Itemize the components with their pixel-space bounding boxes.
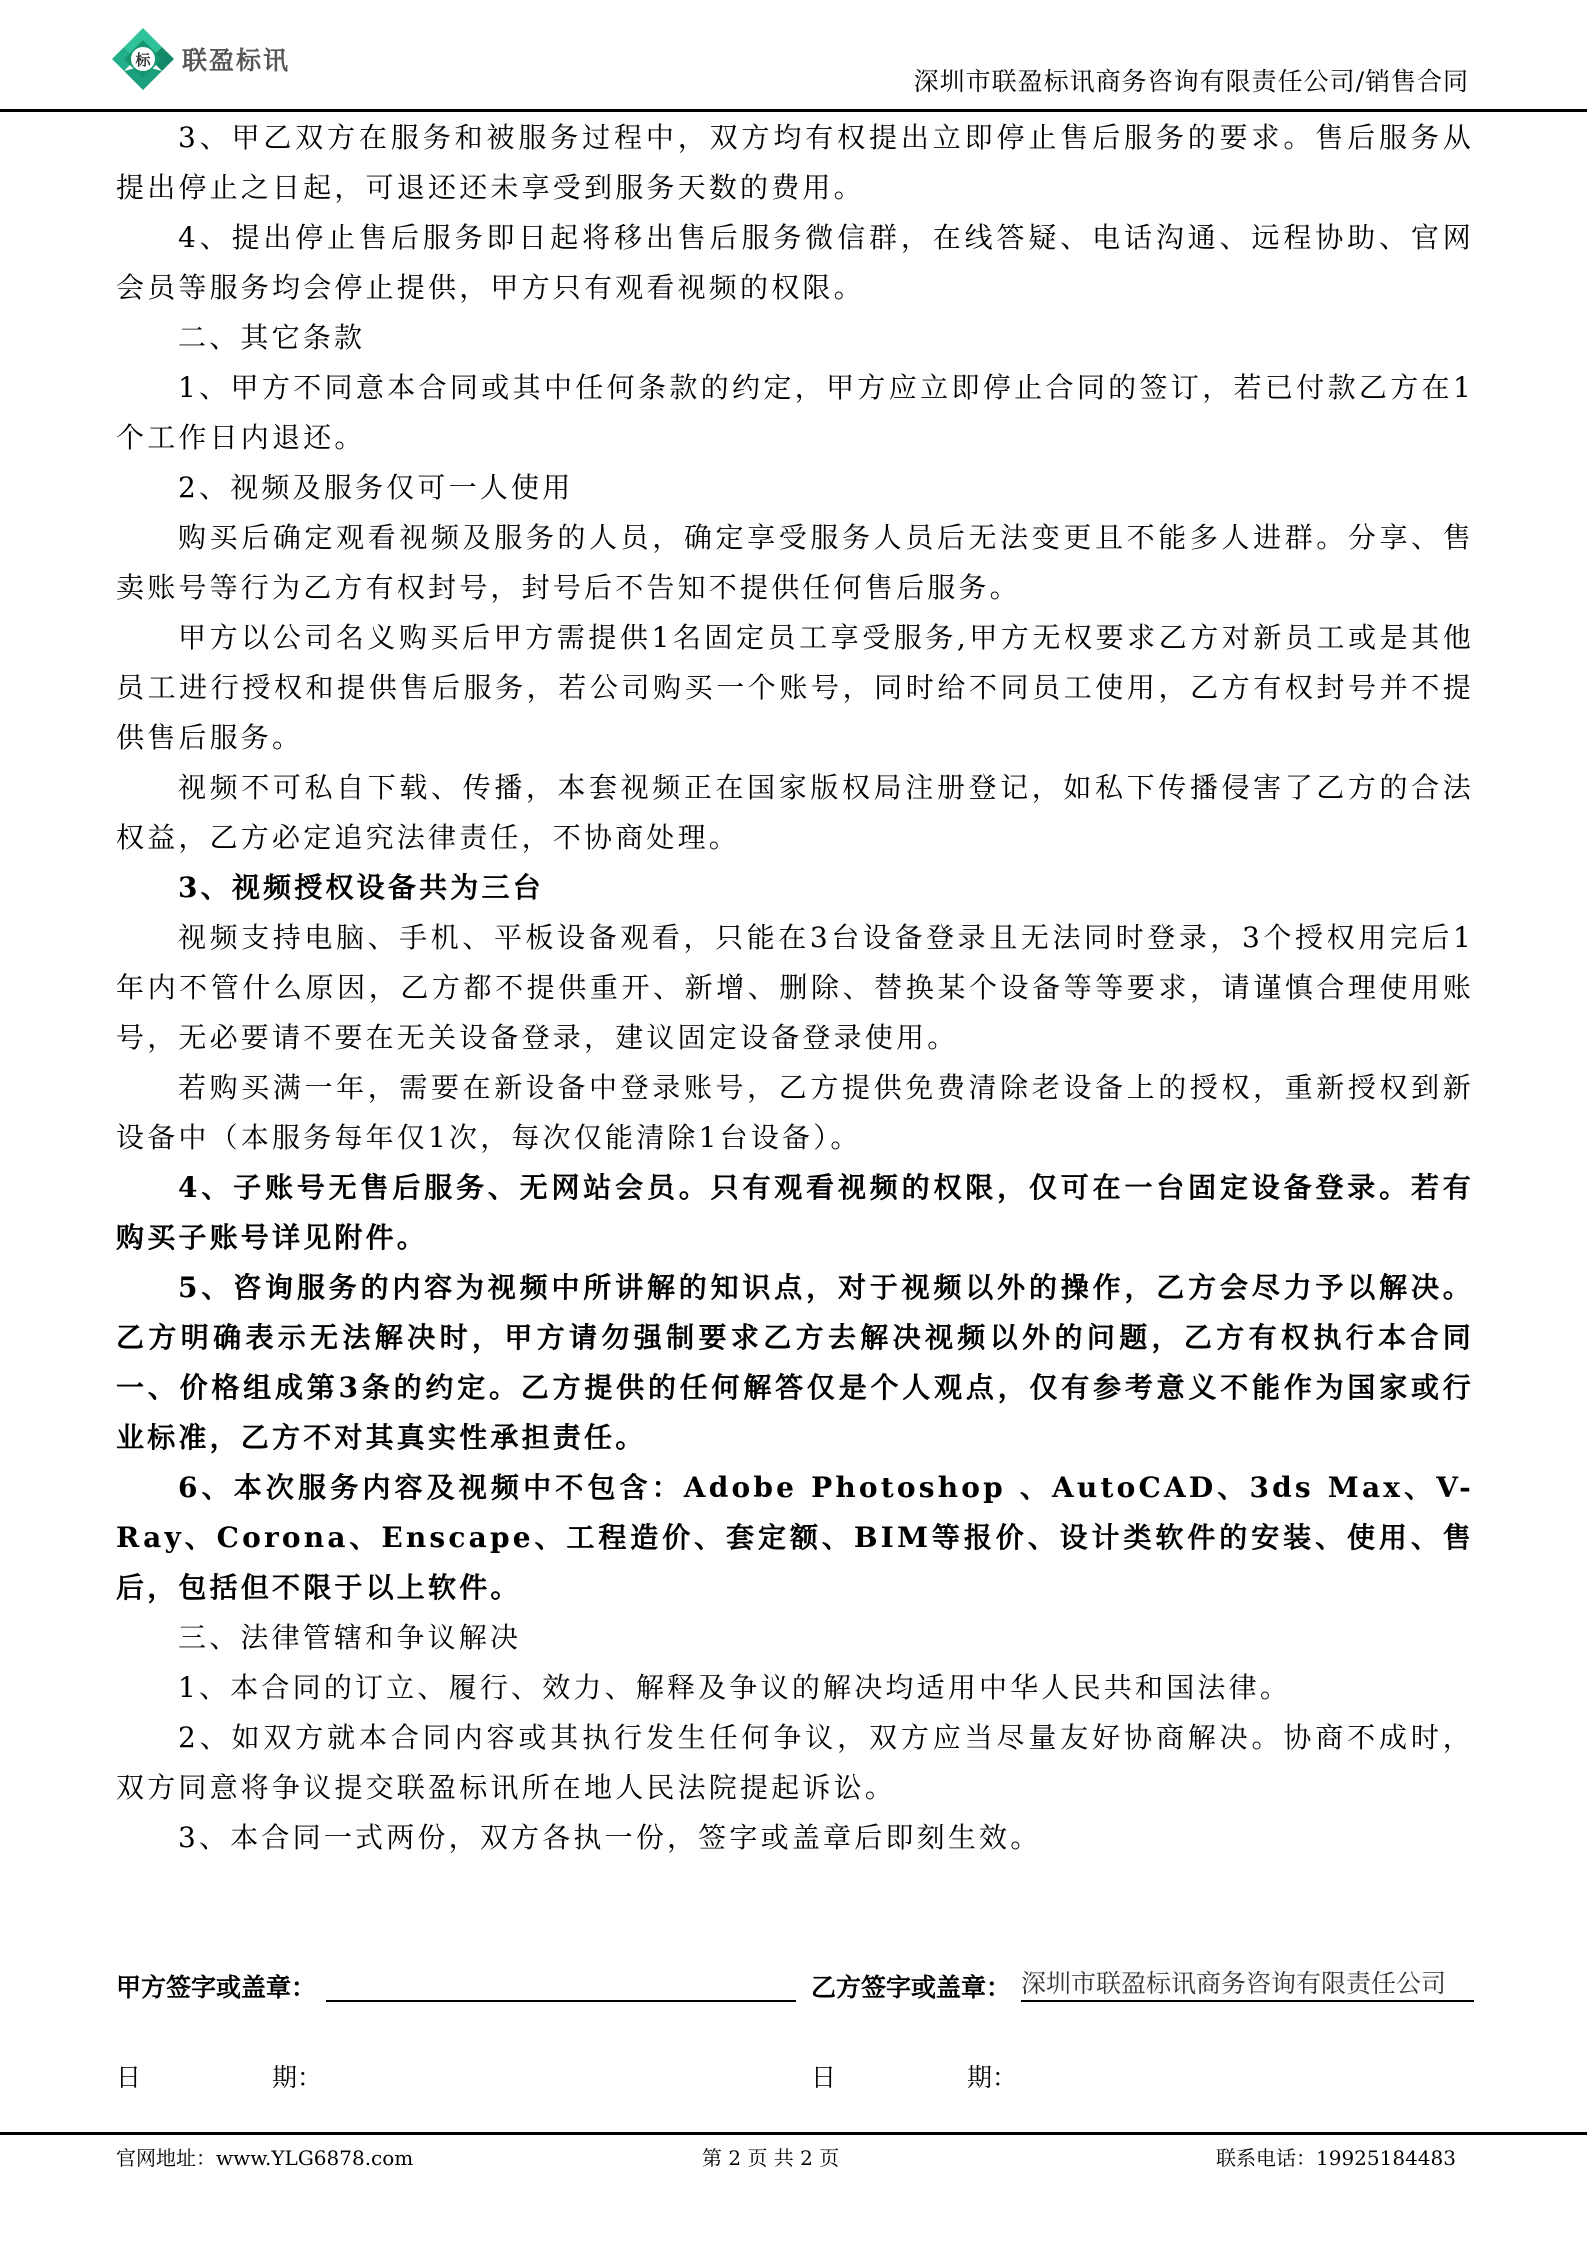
footer-phone: 联系电话：19925184483 [1216, 2142, 1456, 2171]
contract-body: 3、甲乙双方在服务和被服务过程中，双方均有权提出立即停止售后服务的要求。售后服务… [116, 113, 1474, 1863]
logo-text: 联盈标讯 [182, 41, 290, 77]
signature-row: 甲方签字或盖章： 乙方签字或盖章： 深圳市联盈标讯商务咨询有限责任公司 [116, 1968, 1474, 2028]
document-header-title: 深圳市联盈标讯商务咨询有限责任公司/销售合同 [914, 62, 1469, 98]
party-a-date-label: 日 [116, 2058, 141, 2094]
party-b-signature-label: 乙方签字或盖章： [811, 1968, 1011, 2004]
party-a-date-label-2: 期： [272, 2058, 322, 2094]
clause-paragraph: 2、如双方就本合同内容或其执行发生任何争议，双方应当尽量友好协商解决。协商不成时… [116, 1713, 1474, 1813]
section-heading: 二、其它条款 [116, 313, 1474, 363]
svg-text:标: 标 [134, 51, 151, 69]
clause-paragraph: 5、咨询服务的内容为视频中所讲解的知识点，对于视频以外的操作，乙方会尽力予以解决… [116, 1263, 1474, 1463]
clause-paragraph: 6、本次服务内容及视频中不包含：Adobe Photoshop 、AutoCAD… [116, 1463, 1474, 1613]
date-row: 日 期： 日 期： [116, 2058, 1474, 2108]
clause-paragraph: 1、甲方不同意本合同或其中任何条款的约定，甲方应立即停止合同的签订，若已付款乙方… [116, 363, 1474, 463]
footer-divider [0, 2132, 1587, 2135]
party-a-signature-label: 甲方签字或盖章： [116, 1968, 316, 2004]
footer-website: 官网地址：www.YLG6878.com [116, 2142, 413, 2171]
clause-heading: 2、视频及服务仅可一人使用 [116, 463, 1474, 513]
clause-paragraph: 3、本合同一式两份，双方各执一份，签字或盖章后即刻生效。 [116, 1813, 1474, 1863]
party-b-signature-value: 深圳市联盈标讯商务咨询有限责任公司 [1021, 1968, 1474, 2002]
logo-diamond-icon: 标 [110, 26, 176, 92]
clause-paragraph: 视频支持电脑、手机、平板设备观看，只能在3台设备登录且无法同时登录，3个授权用完… [116, 913, 1474, 1063]
clause-paragraph: 3、甲乙双方在服务和被服务过程中，双方均有权提出立即停止售后服务的要求。售后服务… [116, 113, 1474, 213]
clause-paragraph: 甲方以公司名义购买后甲方需提供1名固定员工享受服务,甲方无权要求乙方对新员工或是… [116, 613, 1474, 763]
footer-page-number: 第 2 页 共 2 页 [702, 2142, 839, 2171]
clause-paragraph: 4、子账号无售后服务、无网站会员。只有观看视频的权限，仅可在一台固定设备登录。若… [116, 1163, 1474, 1263]
signature-block: 甲方签字或盖章： 乙方签字或盖章： 深圳市联盈标讯商务咨询有限责任公司 日 期：… [116, 1968, 1474, 2108]
page-header: 标 联盈标讯 深圳市联盈标讯商务咨询有限责任公司/销售合同 [0, 0, 1587, 112]
party-a-signature-field[interactable] [326, 2000, 796, 2002]
clause-paragraph: 1、本合同的订立、履行、效力、解释及争议的解决均适用中华人民共和国法律。 [116, 1663, 1474, 1713]
clause-paragraph: 购买后确定观看视频及服务的人员，确定享受服务人员后无法变更且不能多人进群。分享、… [116, 513, 1474, 613]
clause-paragraph: 若购买满一年，需要在新设备中登录账号，乙方提供免费清除老设备上的授权，重新授权到… [116, 1063, 1474, 1163]
company-logo: 标 联盈标讯 [110, 26, 290, 92]
clause-heading: 3、视频授权设备共为三台 [116, 863, 1474, 913]
clause-paragraph: 视频不可私自下载、传播，本套视频正在国家版权局注册登记，如私下传播侵害了乙方的合… [116, 763, 1474, 863]
section-heading: 三、法律管辖和争议解决 [116, 1613, 1474, 1663]
party-b-date-label-2: 期： [967, 2058, 1017, 2094]
clause-paragraph: 4、提出停止售后服务即日起将移出售后服务微信群，在线答疑、电话沟通、远程协助、官… [116, 213, 1474, 313]
party-b-date-label: 日 [811, 2058, 836, 2094]
header-divider [0, 109, 1587, 112]
